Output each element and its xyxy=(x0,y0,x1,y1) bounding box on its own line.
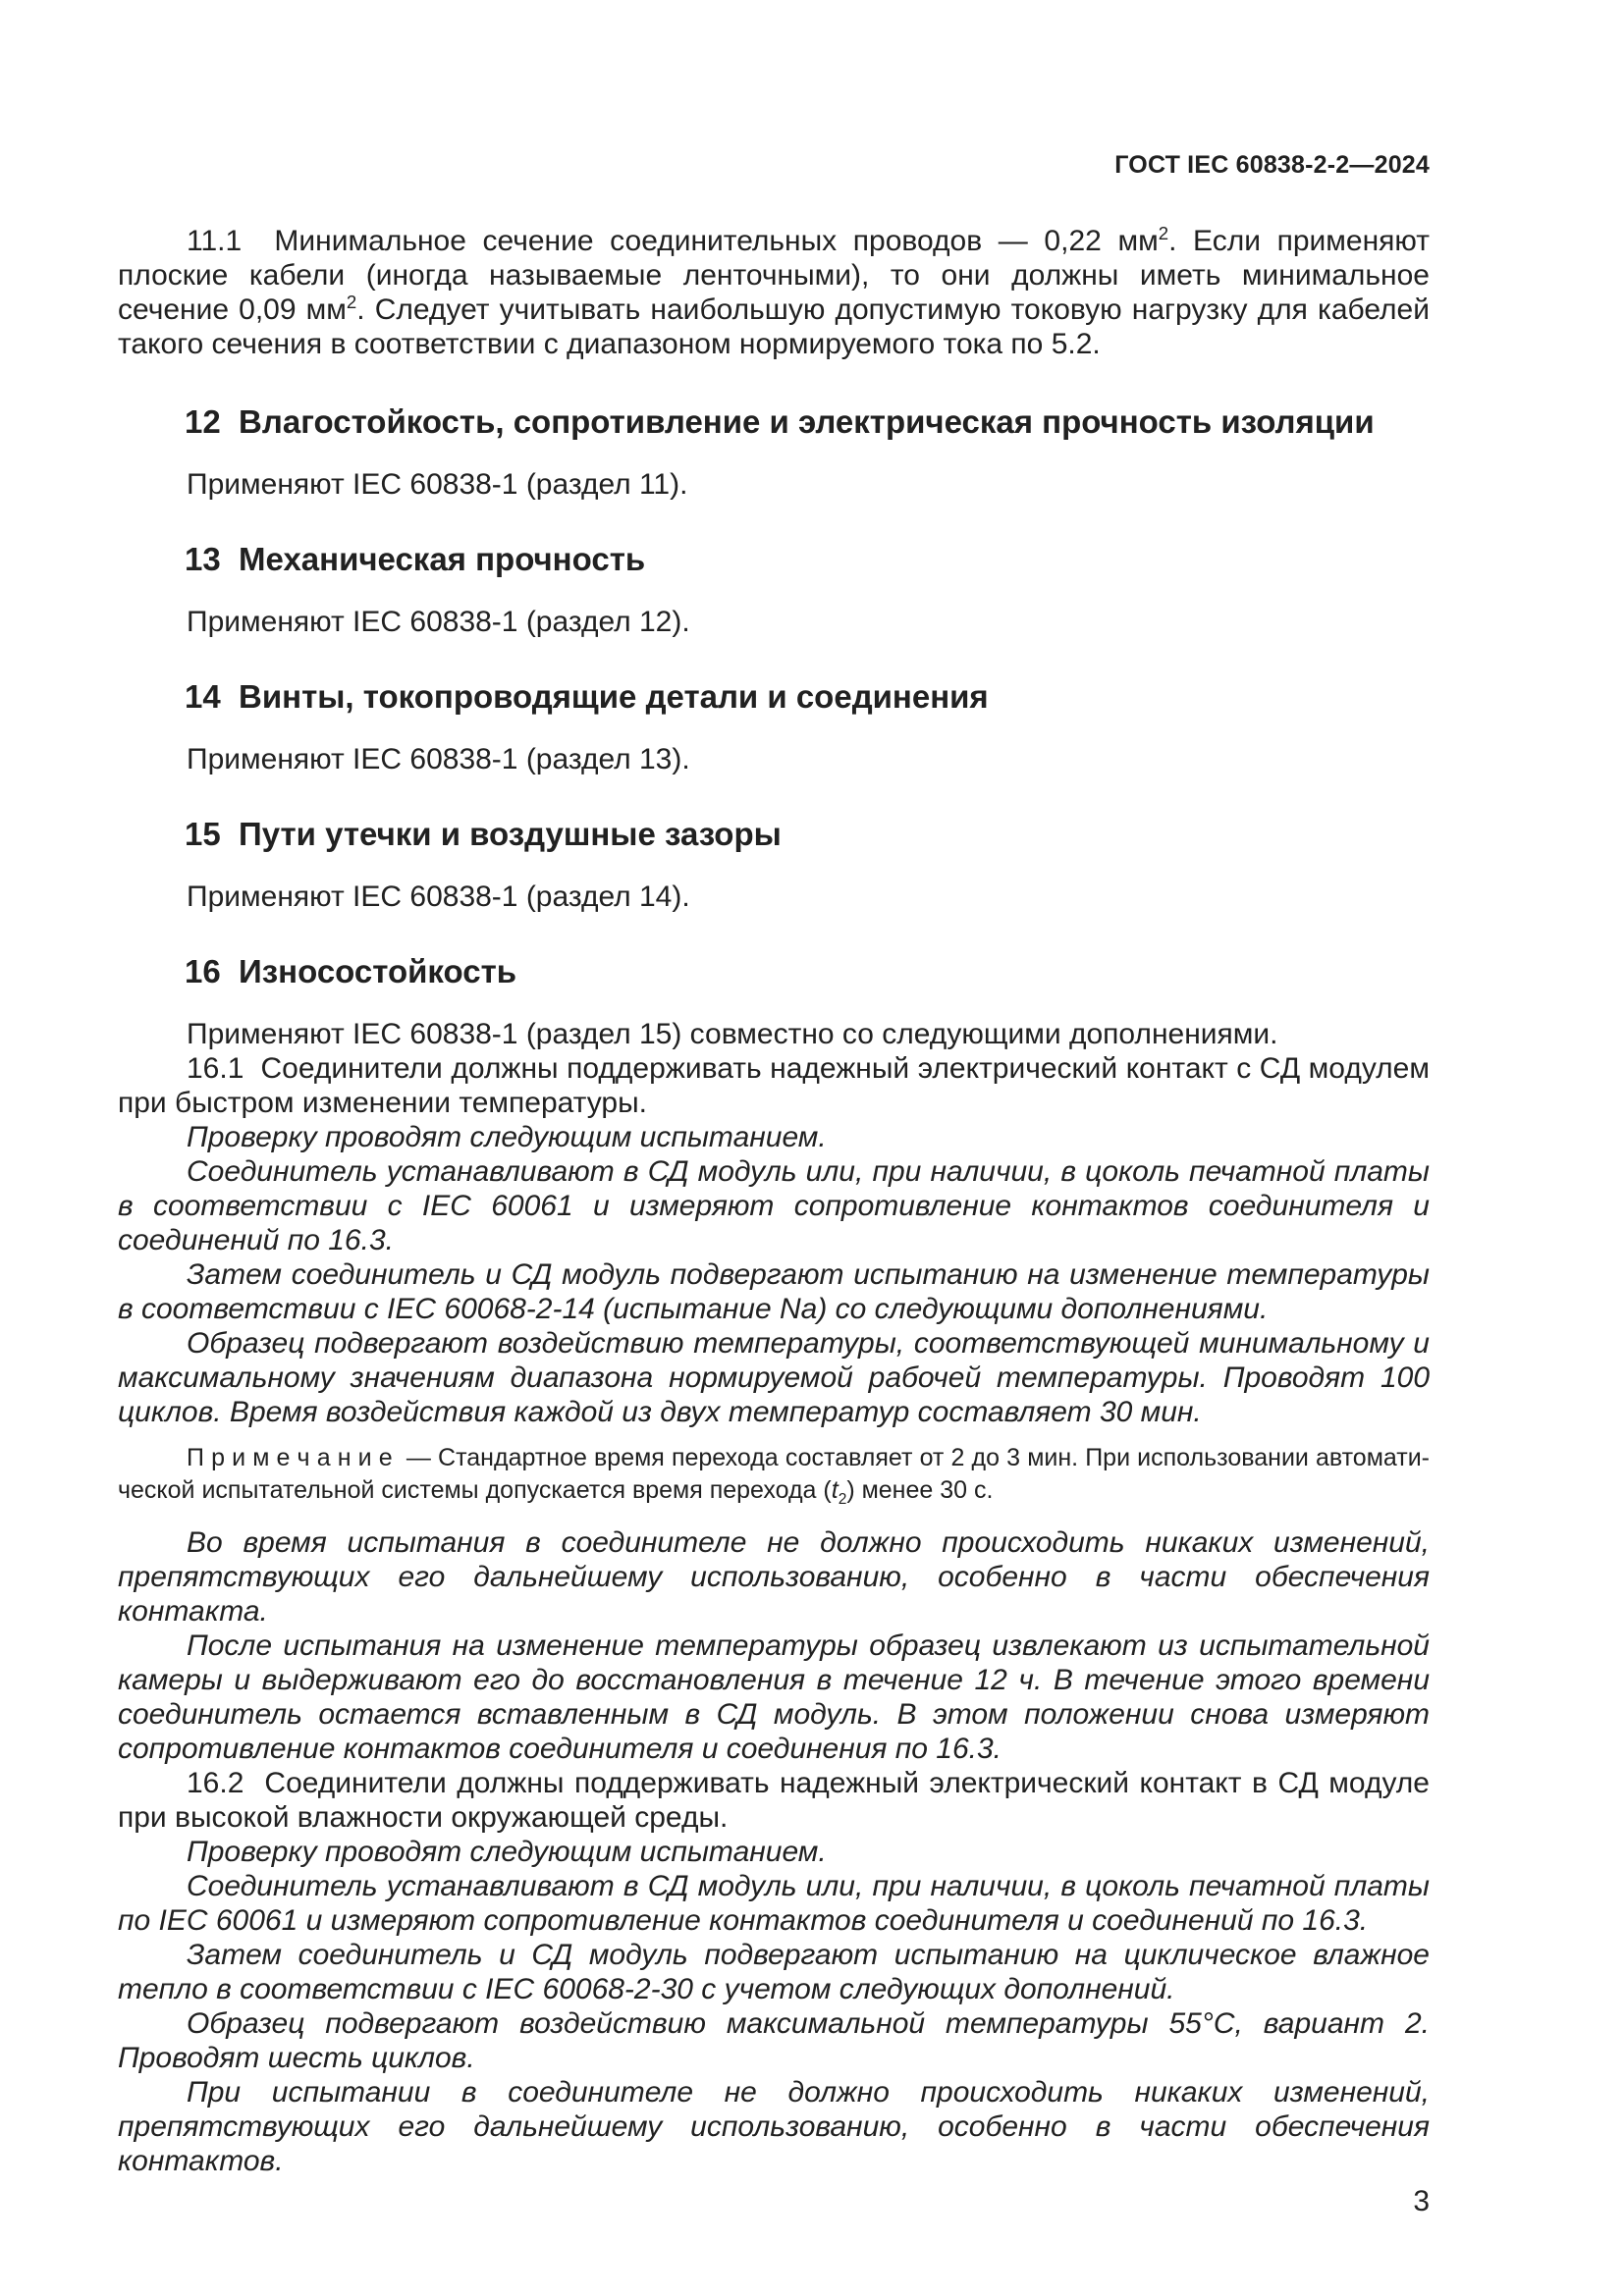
document-body: 11.1 Минимальное сечение соединительных … xyxy=(118,224,1430,2178)
section-heading: 13 Механическая прочность xyxy=(118,538,1430,581)
paragraph: Применяют IEC 60838-1 (раздел 15) совмес… xyxy=(118,1017,1430,1051)
paragraph: Затем соединитель и СД модуль подвергают… xyxy=(118,1938,1430,2006)
paragraph: Затем соединитель и СД модуль подвергают… xyxy=(118,1257,1430,1326)
paragraph: Проверку проводят следующим испытанием. xyxy=(118,1120,1430,1154)
section-heading: 14 Винты, токопроводящие детали и соедин… xyxy=(118,675,1430,719)
text-run: Затем соединитель и СД модуль подвергают… xyxy=(118,1939,1430,2005)
text-run: Соединитель устанавливают в СД модуль ил… xyxy=(118,1870,1430,1937)
section-heading: 16 Износостойкость xyxy=(118,950,1430,993)
running-header-standard-code: ГОСТ IEC 60838-2-2—2024 xyxy=(118,147,1430,183)
text-run: 16.1 Соединители должны поддерживать над… xyxy=(118,1052,1430,1119)
text-run: t xyxy=(832,1476,839,1504)
paragraph: При испытании в соединителе не должно пр… xyxy=(118,2075,1430,2178)
section-heading: 12 Влагостойкость, сопротивление и элект… xyxy=(118,400,1430,444)
text-run: Применяют IEC 60838-1 (раздел 11). xyxy=(187,468,687,501)
text-run: 16.2 Соединители должны поддерживать над… xyxy=(118,1767,1430,1834)
paragraph: Применяют IEC 60838-1 (раздел 14). xyxy=(118,880,1430,914)
paragraph: Во время испытания в соединителе не долж… xyxy=(118,1525,1430,1629)
paragraph: 11.1 Минимальное сечение соединительных … xyxy=(118,224,1430,361)
text-run: Затем соединитель и СД модуль подвергают… xyxy=(118,1258,1430,1325)
paragraph: Образец подвергают воздействию температу… xyxy=(118,1326,1430,1429)
text-run: Проверку проводят следующим испытанием. xyxy=(187,1121,827,1153)
text-run: ) менее 30 с. xyxy=(846,1476,993,1504)
paragraph: Проверку проводят следующим испытанием. xyxy=(118,1835,1430,1869)
page-content: ГОСТ IEC 60838-2-2—2024 11.1 Минимальное… xyxy=(118,0,1430,2218)
paragraph: Применяют IEC 60838-1 (раздел 12). xyxy=(118,605,1430,639)
text-run: 2 xyxy=(1159,223,1168,243)
paragraph: Образец подвергают воздействию максималь… xyxy=(118,2006,1430,2075)
paragraph: 16.1 Соединители должны поддерживать над… xyxy=(118,1051,1430,1120)
section-heading: 15 Пути утечки и воздушные зазоры xyxy=(118,813,1430,856)
text-run: Применяют IEC 60838-1 (раздел 14). xyxy=(187,881,690,913)
paragraph: Применяют IEC 60838-1 (раздел 13). xyxy=(118,742,1430,776)
text-run: Проверку проводят следующим испытанием. xyxy=(187,1836,827,1868)
paragraph: Соединитель устанавливают в СД модуль ил… xyxy=(118,1869,1430,1938)
text-run: Применяют IEC 60838-1 (раздел 13). xyxy=(187,743,690,775)
text-run: При испытании в соединителе не должно пр… xyxy=(118,2076,1430,2177)
paragraph: Применяют IEC 60838-1 (раздел 11). xyxy=(118,467,1430,502)
text-run: Соединитель устанавливают в СД модуль ил… xyxy=(118,1155,1430,1256)
note-paragraph: П р и м е ч а н и е — Стандартное время … xyxy=(118,1442,1430,1507)
text-run: Образец подвергают воздействию температу… xyxy=(118,1327,1430,1428)
document-page: ГОСТ IEC 60838-2-2—2024 11.1 Минимальное… xyxy=(0,0,1624,2296)
text-run: Применяют IEC 60838-1 (раздел 12). xyxy=(187,606,690,638)
text-run: Во время испытания в соединителе не долж… xyxy=(118,1526,1430,1628)
text-run: Применяют IEC 60838-1 (раздел 15) совмес… xyxy=(187,1018,1277,1050)
paragraph: 16.2 Соединители должны поддерживать над… xyxy=(118,1766,1430,1835)
text-run: П р и м е ч а н и е — Стандартное время … xyxy=(118,1444,1430,1504)
text-run: 2 xyxy=(347,292,356,312)
paragraph: Соединитель устанавливают в СД модуль ил… xyxy=(118,1154,1430,1257)
text-run: После испытания на изменение температуры… xyxy=(118,1629,1430,1765)
text-run: Образец подвергают воздействию максималь… xyxy=(118,2007,1430,2074)
text-run: 11.1 Минимальное сечение соединительных … xyxy=(187,225,1159,257)
paragraph: После испытания на изменение температуры… xyxy=(118,1629,1430,1766)
page-number: 3 xyxy=(118,2184,1430,2218)
